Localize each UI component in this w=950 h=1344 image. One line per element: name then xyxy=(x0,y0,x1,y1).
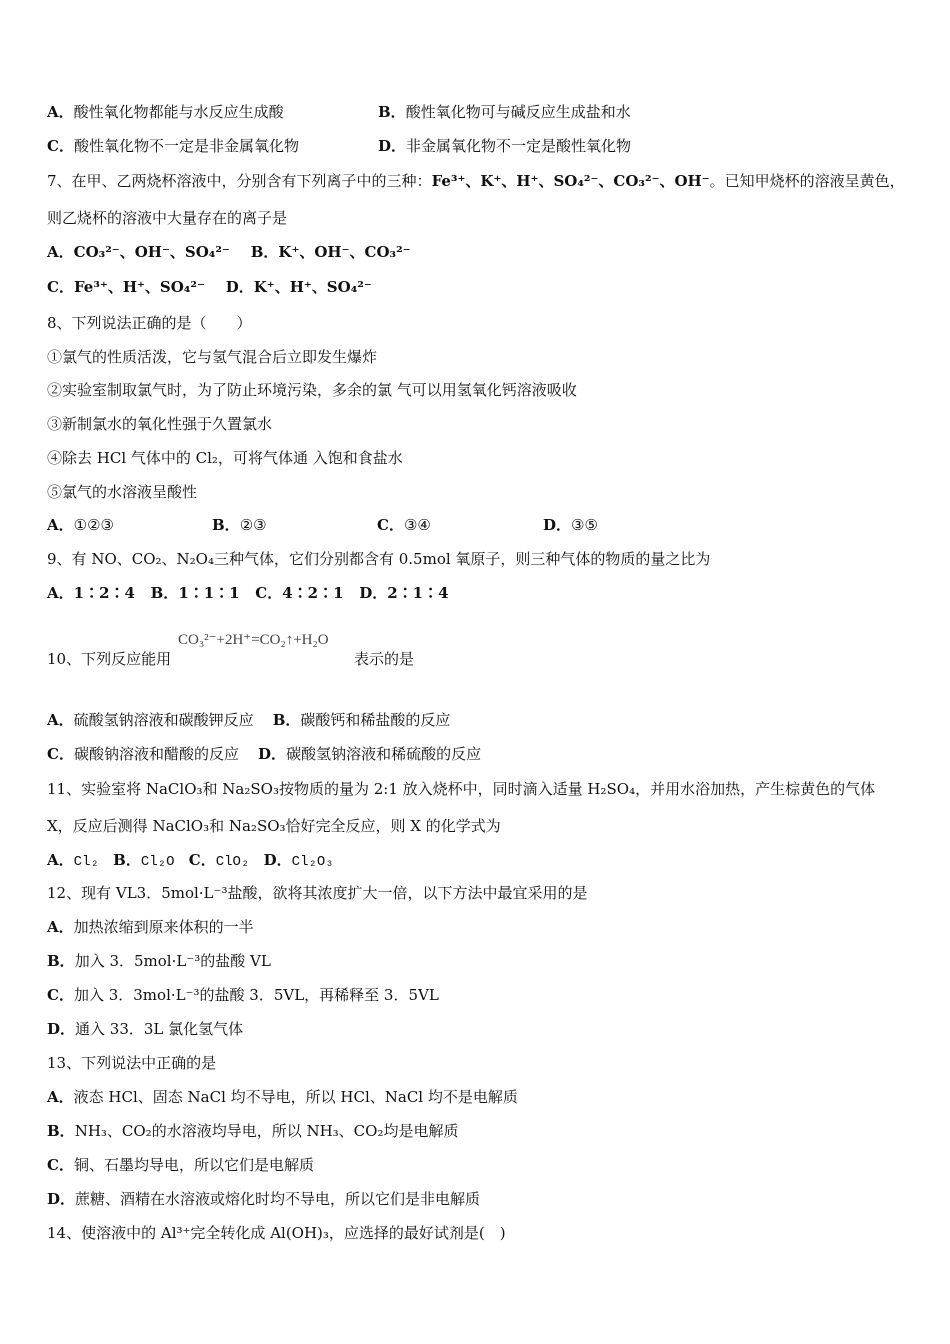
option-letter: B． xyxy=(273,711,301,729)
question-number: 7、 xyxy=(47,172,72,190)
option-text: 通入 33．3L 氯化氢气体 xyxy=(75,1020,243,1038)
option-text: Cl₂ xyxy=(74,854,99,870)
option-letter: C． xyxy=(47,1156,74,1174)
option-letter: A． xyxy=(47,584,74,602)
option-letter: A． xyxy=(47,918,74,936)
option-letter: B． xyxy=(251,243,279,261)
question-text: 下列说法中正确的是 xyxy=(81,1054,216,1072)
q8-item-3: ③新制氯水的氧化性强于久置氯水 xyxy=(47,414,272,434)
question-number: 11、 xyxy=(47,780,81,798)
option-text: 酸性氧化物都能与水反应生成酸 xyxy=(74,103,284,121)
option-text: 硫酸氢钠溶液和碳酸钾反应 xyxy=(74,711,254,729)
option-letter: C． xyxy=(189,851,216,869)
question-number: 10、 xyxy=(47,650,81,668)
q11-stem-line1: 11、实验室将 NaClO₃和 Na₂SO₃按物质的量为 2:1 放入烧杯中，同… xyxy=(47,779,875,799)
question-number: 8、 xyxy=(47,314,72,332)
q6-option-d: D．非金属氧化物不一定是酸性氧化物 xyxy=(378,136,631,156)
q8-item-1: ①氯气的性质活泼，它与氢气混合后立即发生爆炸 xyxy=(47,347,377,367)
option-letter: A． xyxy=(47,103,74,121)
option-letter: D． xyxy=(258,745,286,763)
option-text: 酸性氧化物不一定是非金属氧化物 xyxy=(74,137,299,155)
option-text: 铜、石墨均导电，所以它们是电解质 xyxy=(74,1156,314,1174)
option-letter: A． xyxy=(47,516,74,534)
q13-option-b: B．NH₃、CO₂的水溶液均导电，所以 NH₃、CO₂均是电解质 xyxy=(47,1121,458,1141)
q7-stem-line2: 则乙烧杯的溶液中大量存在的离子是 xyxy=(47,208,287,228)
option-letter: C． xyxy=(47,278,74,296)
q13-option-d: D．蔗糖、酒精在水溶液或熔化时均不导电，所以它们是非电解质 xyxy=(47,1189,480,1209)
option-text: 碳酸钠溶液和醋酸的反应 xyxy=(74,745,239,763)
question-text: 下列说法正确的是（ ） xyxy=(72,314,252,332)
option-text: ClO₂ xyxy=(216,854,250,870)
option-letter: D． xyxy=(264,851,292,869)
q13-option-a: A．液态 HCl、固态 NaCl 均不导电，所以 HCl、NaCl 均不是电解质 xyxy=(47,1087,518,1107)
q12-option-d: D．通入 33．3L 氯化氢气体 xyxy=(47,1019,243,1039)
question-text: 在甲、乙两烧杯溶液中，分别含有下列离子中的三种： xyxy=(72,172,432,190)
option-letter: C． xyxy=(47,137,74,155)
option-letter: D． xyxy=(47,1190,75,1208)
q11-stem-line2: X，反应后测得 NaClO₃和 Na₂SO₃恰好完全反应，则 X 的化学式为 xyxy=(47,816,501,836)
q10-options-ab: A．硫酸氢钠溶液和碳酸钾反应 B．碳酸钙和稀盐酸的反应 xyxy=(47,710,450,730)
q7-options-ab: A．CO₃²⁻、OH⁻、SO₄²⁻ B．K⁺、OH⁻、CO₃²⁻ xyxy=(47,242,411,262)
question-text: 使溶液中的 Al³⁺完全转化成 Al(OH)₃，应选择的最好试剂是( ) xyxy=(81,1224,506,1242)
ion-list: Fe³⁺、K⁺、H⁺、SO₄²⁻、CO₃²⁻、OH⁻ xyxy=(432,172,710,190)
option-letter: D． xyxy=(47,1020,75,1038)
option-text: 加入 3．3mol·L⁻³的盐酸 3．5VL，再稀释至 3．5VL xyxy=(74,986,439,1004)
q13-stem: 13、下列说法中正确的是 xyxy=(47,1053,216,1073)
option-text: 4∶2∶1 xyxy=(282,584,343,602)
q12-option-b: B．加入 3．5mol·L⁻³的盐酸 VL xyxy=(47,951,271,971)
q13-option-c: C．铜、石墨均导电，所以它们是电解质 xyxy=(47,1155,314,1175)
option-letter: B． xyxy=(47,952,75,970)
option-letter: A． xyxy=(47,1088,74,1106)
option-text-d: ③⑤ xyxy=(571,516,598,534)
option-letter: B． xyxy=(212,516,240,534)
option-text: 加入 3．5mol·L⁻³的盐酸 VL xyxy=(75,952,271,970)
q14-stem: 14、使溶液中的 Al³⁺完全转化成 Al(OH)₃，应选择的最好试剂是( ) xyxy=(47,1223,506,1243)
option-letter: B． xyxy=(47,1122,75,1140)
q9-options: A．1∶2∶4 B．1∶1∶1 C．4∶2∶1 D．2∶1∶4 xyxy=(47,583,449,603)
q8-stem: 8、下列说法正确的是（ ） xyxy=(47,313,252,333)
question-text: 实验室将 NaClO₃和 Na₂SO₃按物质的量为 2:1 放入烧杯中，同时滴入… xyxy=(81,780,875,798)
option-text: NH₃、CO₂的水溶液均导电，所以 NH₃、CO₂均是电解质 xyxy=(75,1122,459,1140)
option-text: 1∶2∶4 xyxy=(74,584,135,602)
option-text: 蔗糖、酒精在水溶液或熔化时均不导电，所以它们是非电解质 xyxy=(75,1190,480,1208)
question-text: 有 NO、CO₂、N₂O₄三种气体，它们分别都含有 0.5mol 氧原子，则三种… xyxy=(72,550,711,568)
option-text: K⁺、H⁺、SO₄²⁻ xyxy=(254,278,372,296)
option-letter: D． xyxy=(378,137,406,155)
question-number: 12、 xyxy=(47,884,81,902)
q6-option-a: A．酸性氧化物都能与水反应生成酸 xyxy=(47,102,284,122)
option-text: 2∶1∶4 xyxy=(387,584,448,602)
option-text: 1∶1∶1 xyxy=(178,584,239,602)
option-letter: D． xyxy=(543,516,571,534)
q10-stem: 10、下列反应能用 xyxy=(47,649,171,669)
option-text: 碳酸钙和稀盐酸的反应 xyxy=(300,711,450,729)
option-text: Fe³⁺、H⁺、SO₄²⁻ xyxy=(74,278,205,296)
question-number: 9、 xyxy=(47,550,72,568)
option-letter: D． xyxy=(359,584,387,602)
q7-stem-line1: 7、在甲、乙两烧杯溶液中，分别含有下列离子中的三种：Fe³⁺、K⁺、H⁺、SO₄… xyxy=(47,171,905,191)
option-letter: A． xyxy=(47,243,74,261)
option-text: 非金属氧化物不一定是酸性氧化物 xyxy=(406,137,631,155)
q12-option-c: C．加入 3．3mol·L⁻³的盐酸 3．5VL，再稀释至 3．5VL xyxy=(47,985,439,1005)
question-number: 14、 xyxy=(47,1224,81,1242)
option-letter: A． xyxy=(47,851,74,869)
question-text: 下列反应能用 xyxy=(81,650,171,668)
q11-options: A．Cl₂ B．Cl₂O C．ClO₂ D．Cl₂O₃ xyxy=(47,850,334,870)
q7-options-cd: C．Fe³⁺、H⁺、SO₄²⁻ D．K⁺、H⁺、SO₄²⁻ xyxy=(47,277,372,297)
q9-stem: 9、有 NO、CO₂、N₂O₄三种气体，它们分别都含有 0.5mol 氧原子，则… xyxy=(47,549,710,569)
option-text-a: ①②③ xyxy=(74,516,114,534)
q6-option-c: C．酸性氧化物不一定是非金属氧化物 xyxy=(47,136,299,156)
option-text-c: ③④ xyxy=(404,516,431,534)
option-letter: B． xyxy=(378,103,406,121)
option-letter: C． xyxy=(377,516,404,534)
q8-item-5: ⑤氯气的水溶液呈酸性 xyxy=(47,482,197,502)
option-text: 液态 HCl、固态 NaCl 均不导电，所以 HCl、NaCl 均不是电解质 xyxy=(74,1088,518,1106)
q12-option-a: A．加热浓缩到原来体积的一半 xyxy=(47,917,254,937)
ionic-equation-image: CO₃²⁻+2H⁺=CO₂↑+H₂O xyxy=(178,630,329,649)
q6-option-b: B．酸性氧化物可与碱反应生成盐和水 xyxy=(378,102,631,122)
option-letter: B． xyxy=(113,851,141,869)
option-text: Cl₂O₃ xyxy=(292,854,334,870)
question-text: 。已知甲烧杯的溶液呈黄色， xyxy=(710,172,905,190)
option-letter: D． xyxy=(226,278,254,296)
question-text: 现有 VL3．5mol·L⁻³盐酸，欲将其浓度扩大一倍，以下方法中最宜采用的是 xyxy=(81,884,587,902)
option-text: 加热浓缩到原来体积的一半 xyxy=(74,918,254,936)
q8-item-2: ②实验室制取氯气时，为了防止环境污染，多余的氯 气可以用氢氧化钙溶液吸收 xyxy=(47,380,577,400)
q10-options-cd: C．碳酸钠溶液和醋酸的反应 D．碳酸氢钠溶液和稀硫酸的反应 xyxy=(47,744,481,764)
q8-item-4: ④除去 HCl 气体中的 Cl₂，可将气体通 入饱和食盐水 xyxy=(47,448,403,468)
q12-stem: 12、现有 VL3．5mol·L⁻³盐酸，欲将其浓度扩大一倍，以下方法中最宜采用… xyxy=(47,883,587,903)
option-letter: B． xyxy=(151,584,179,602)
option-text-b: ②③ xyxy=(240,516,267,534)
option-text: K⁺、OH⁻、CO₃²⁻ xyxy=(278,243,410,261)
q10-stem-end: 表示的是 xyxy=(354,649,414,669)
option-text: 酸性氧化物可与碱反应生成盐和水 xyxy=(406,103,631,121)
option-letter: A． xyxy=(47,711,74,729)
option-letter: C． xyxy=(47,986,74,1004)
question-number: 13、 xyxy=(47,1054,81,1072)
option-letter: C． xyxy=(47,745,74,763)
option-text: 碳酸氢钠溶液和稀硫酸的反应 xyxy=(286,745,481,763)
option-letter: C． xyxy=(255,584,282,602)
option-text: Cl₂O xyxy=(141,854,175,870)
option-text: CO₃²⁻、OH⁻、SO₄²⁻ xyxy=(74,243,230,261)
